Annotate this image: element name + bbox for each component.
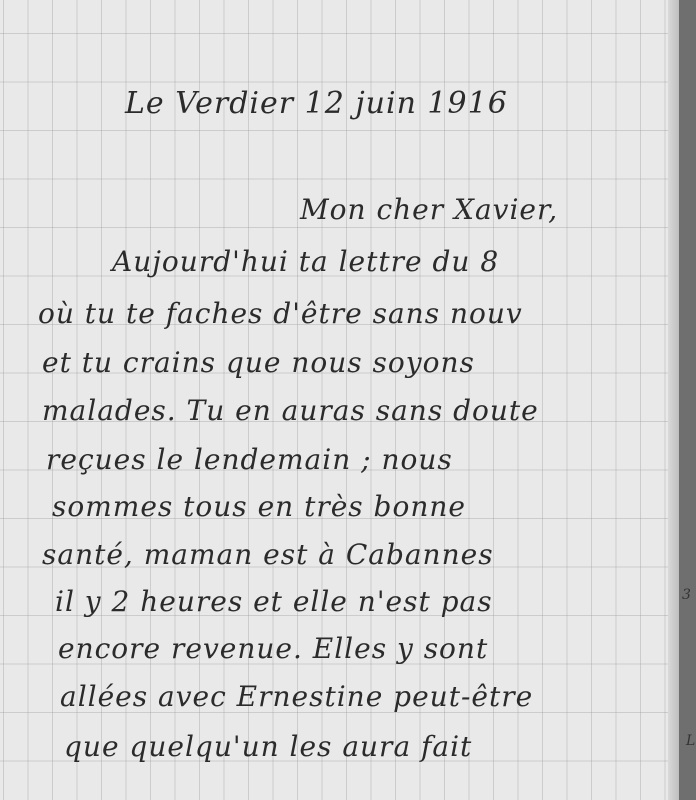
letter-line: Aujourd'hui ta lettre du 8 bbox=[112, 245, 499, 278]
letter-line: santé, maman est à Cabannes bbox=[42, 538, 494, 571]
letter-line: malades. Tu en auras sans doute bbox=[42, 394, 539, 427]
letter-salutation: Mon cher Xavier, bbox=[300, 193, 558, 226]
letter-line: où tu te faches d'être sans nouv bbox=[38, 297, 523, 330]
letter-line: reçues le lendemain ; nous bbox=[46, 443, 453, 476]
margin-mark: 3 bbox=[682, 587, 691, 603]
page-edge bbox=[679, 0, 696, 800]
letter-place-date: Le Verdier 12 juin 1916 bbox=[125, 86, 508, 121]
margin-mark: L bbox=[686, 733, 695, 749]
letter-line: que quelqu'un les aura fait bbox=[64, 730, 472, 763]
letter-line: encore revenue. Elles y sont bbox=[58, 632, 488, 665]
letter-page: Le Verdier 12 juin 1916 Mon cher Xavier,… bbox=[0, 0, 672, 800]
letter-line: sommes tous en très bonne bbox=[52, 490, 466, 523]
letter-line: allées avec Ernestine peut-être bbox=[60, 680, 533, 713]
letter-line: il y 2 heures et elle n'est pas bbox=[55, 585, 493, 618]
letter-line: et tu crains que nous soyons bbox=[42, 346, 475, 379]
